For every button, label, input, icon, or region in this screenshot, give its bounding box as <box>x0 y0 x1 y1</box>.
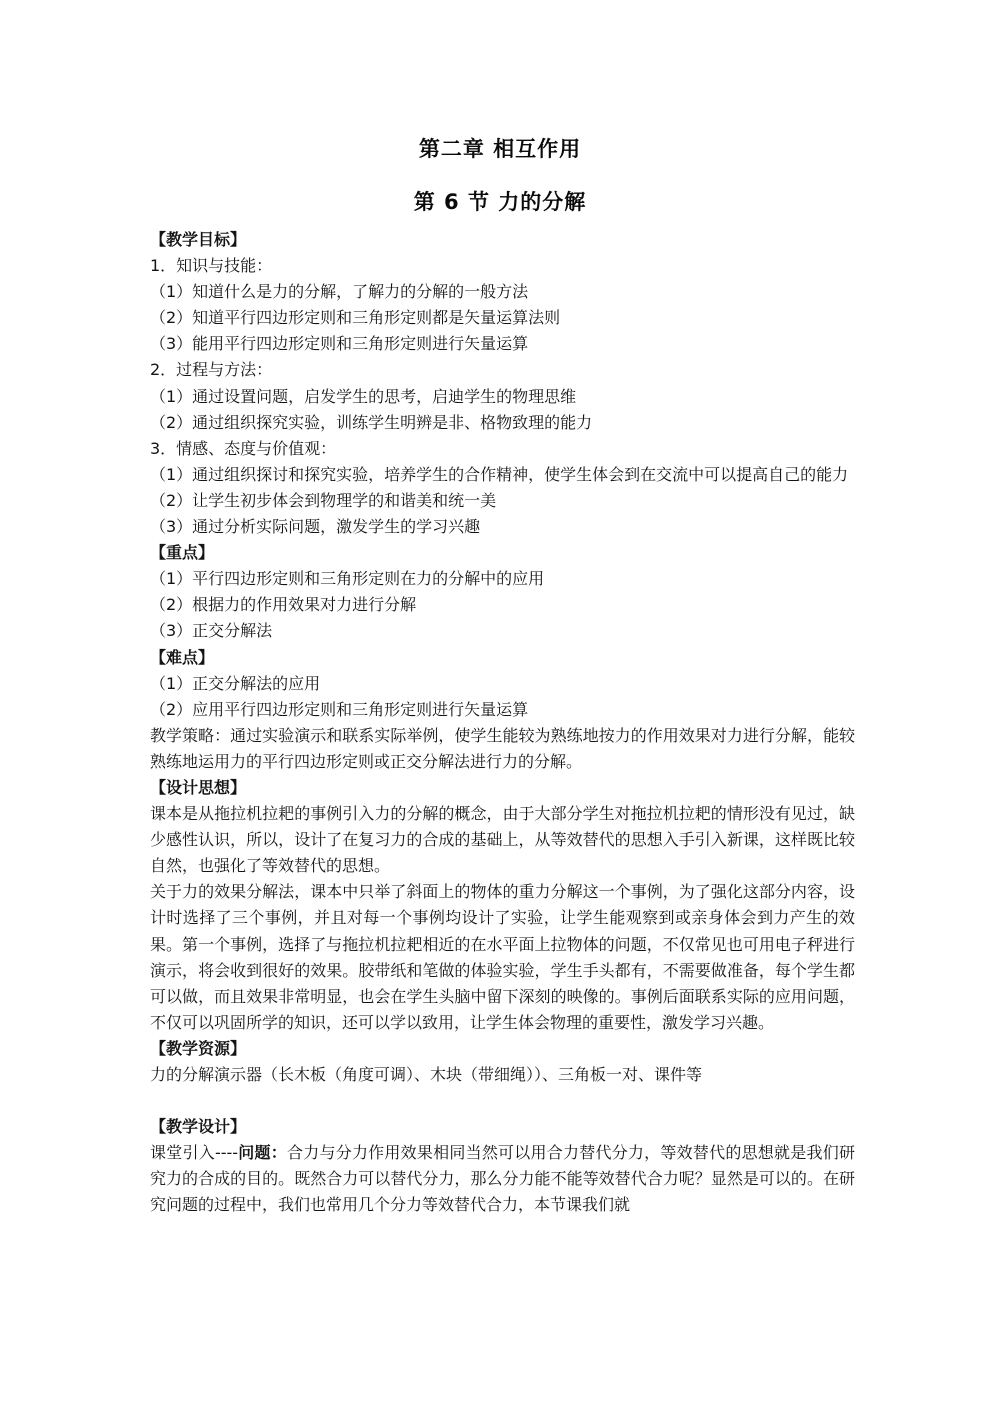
objectives-heading: 【教学目标】 <box>150 227 855 253</box>
key-point-item: （2）根据力的作用效果对力进行分解 <box>150 592 855 618</box>
objective-item: （1）知道什么是力的分解，了解力的分解的一般方法 <box>150 279 855 305</box>
objective-item: （2）知道平行四边形定则和三角形定则都是矢量运算法则 <box>150 305 855 331</box>
objective-item: （1）通过设置问题，启发学生的思考，启迪学生的物理思维 <box>150 384 855 410</box>
design-idea-paragraph: 课本是从拖拉机拉耙的事例引入力的分解的概念，由于大部分学生对拖拉机拉耙的情形没有… <box>150 801 855 879</box>
key-points-heading: 【重点】 <box>150 540 855 566</box>
objective-item: （2）通过组织探究实验，训练学生明辨是非、格物致理的能力 <box>150 410 855 436</box>
objective-group-label: 1．知识与技能： <box>150 253 855 279</box>
key-point-item: （1）平行四边形定则和三角形定则在力的分解中的应用 <box>150 566 855 592</box>
objective-item: （3）能用平行四边形定则和三角形定则进行矢量运算 <box>150 331 855 357</box>
key-point-item: （3）正交分解法 <box>150 618 855 644</box>
section-title: 第 6 节 力的分解 <box>0 186 1000 216</box>
resources-text: 力的分解演示器（长木板（角度可调）、木块（带细绳））、三角板一对、课件等 <box>150 1062 855 1088</box>
difficulty-item: （2）应用平行四边形定则和三角形定则进行矢量运算 <box>150 697 855 723</box>
document-body: 【教学目标】 1．知识与技能： （1）知道什么是力的分解，了解力的分解的一般方法… <box>150 227 855 1219</box>
difficulties-heading: 【难点】 <box>150 645 855 671</box>
teaching-design-intro: 课堂引入----问题：合力与分力作用效果相同当然可以用合力替代分力，等效替代的思… <box>150 1140 855 1218</box>
objective-item: （3）通过分析实际问题，激发学生的学习兴趣 <box>150 514 855 540</box>
resources-heading: 【教学资源】 <box>150 1036 855 1062</box>
objective-item: （1）通过组织探讨和探究实验，培养学生的合作精神，使学生体会到在交流中可以提高自… <box>150 462 855 488</box>
objective-group-label: 3．情感、态度与价值观： <box>150 436 855 462</box>
objective-item: （2）让学生初步体会到物理学的和谐美和统一美 <box>150 488 855 514</box>
intro-label: 问题： <box>238 1143 287 1162</box>
objective-group-label: 2．过程与方法： <box>150 357 855 383</box>
blank-line <box>150 1088 855 1114</box>
document-page: 第二章 相互作用 第 6 节 力的分解 【教学目标】 1．知识与技能： （1）知… <box>0 0 1000 1414</box>
chapter-title: 第二章 相互作用 <box>0 133 1000 163</box>
design-idea-paragraph: 关于力的效果分解法，课本中只举了斜面上的物体的重力分解这一个事例，为了强化这部分… <box>150 879 855 1036</box>
difficulty-item: （1）正交分解法的应用 <box>150 671 855 697</box>
teaching-design-heading: 【教学设计】 <box>150 1114 855 1140</box>
design-idea-heading: 【设计思想】 <box>150 775 855 801</box>
intro-prefix: 课堂引入---- <box>150 1143 238 1162</box>
teaching-strategy: 教学策略：通过实验演示和联系实际举例，使学生能较为熟练地按力的作用效果对力进行分… <box>150 723 855 775</box>
